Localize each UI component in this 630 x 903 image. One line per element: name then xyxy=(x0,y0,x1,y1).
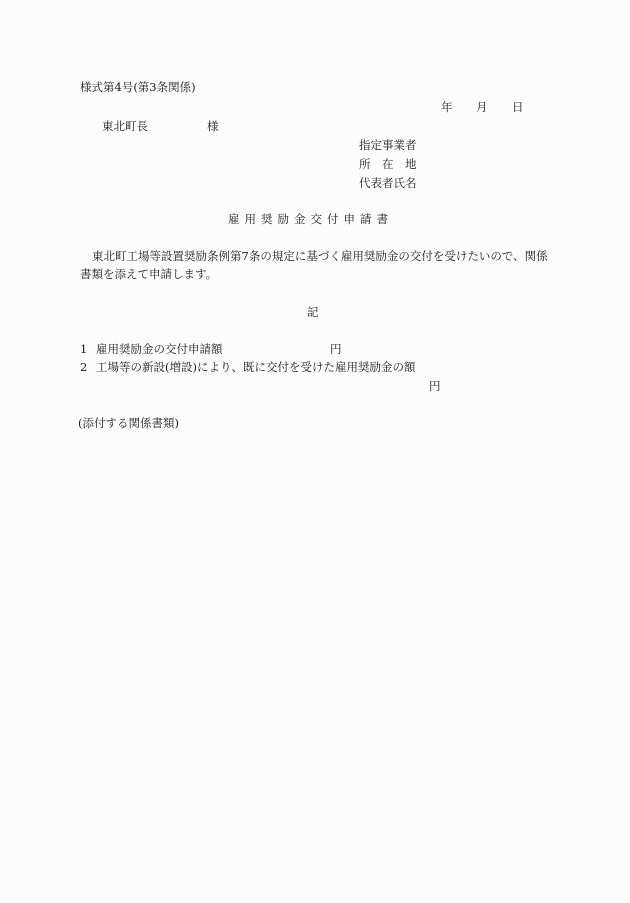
form-number: 様式第4号(第3条関係) xyxy=(80,80,196,94)
addressee-honorific: 様 xyxy=(207,119,219,133)
address-label: 所 在 地 xyxy=(359,157,417,171)
item-unit: 円 xyxy=(330,342,342,356)
document-title: 雇用奨励金交付申請書 xyxy=(228,212,393,226)
item-number: 1 xyxy=(80,342,87,356)
representative-label: 代表者氏名 xyxy=(359,176,417,190)
body-line-2: 書類を添えて申請します。 xyxy=(80,267,217,281)
body-line-1: 東北町工場等設置奨励条例第7条の規定に基づく雇用奨励金の交付を受けたいので、関係 xyxy=(92,249,548,263)
addressee-name: 東北町長 xyxy=(102,119,148,133)
day-label: 日 xyxy=(512,100,524,114)
designated-operator-label: 指定事業者 xyxy=(359,138,417,152)
year-label: 年 xyxy=(441,100,453,114)
item-label: 工場等の新設(増設)により、既に交付を受けた雇用奨励金の額 xyxy=(96,360,415,374)
item-number: 2 xyxy=(80,360,87,374)
item-unit: 円 xyxy=(429,379,441,393)
month-label: 月 xyxy=(476,100,488,114)
item-label: 雇用奨励金の交付申請額 xyxy=(96,342,223,356)
note-heading: 記 xyxy=(307,305,319,319)
attachments-label: (添付する関係書類) xyxy=(78,416,179,430)
